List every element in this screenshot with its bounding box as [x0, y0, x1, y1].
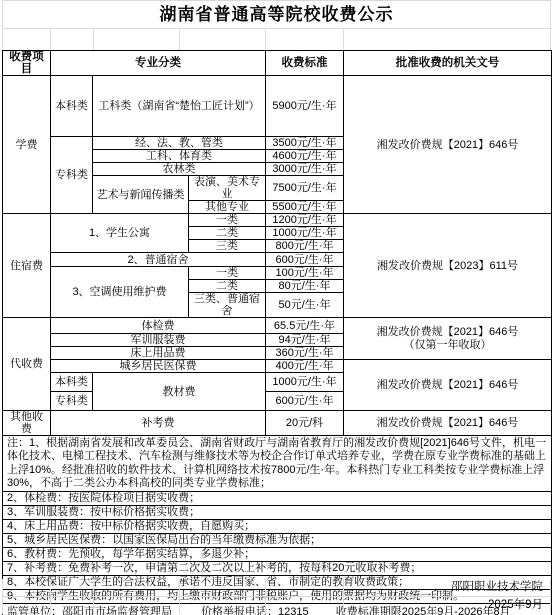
category-cell: 城乡居民医保费 — [51, 360, 266, 373]
price-cell: 360元/生·年 — [266, 347, 344, 360]
note-row: 注：1、根据湖南省发展和改革委员会、湖南省财政厅与湖南省教育厅的湘发改价费规[2… — [3, 436, 552, 492]
note-row: 5、城乡居民医保费：以国家医保局出台的当年缴费标准为依据； — [3, 533, 552, 547]
tier-cell: 二类 — [189, 280, 266, 293]
authority-cell: 湘发改价费规【2021】646号 — [344, 411, 552, 436]
col-header-category: 专业分类 — [51, 51, 266, 76]
table-row: 代收费 体检费 65.5元/生·年 湘发改价费规【2021】646号 （仅第一年… — [3, 318, 552, 334]
gridline — [50, 29, 51, 50]
school-name: 邵阳职业技术学院 — [451, 579, 550, 596]
col-header-item: 收费项目 — [3, 51, 51, 76]
category-cell: 补考费 — [51, 411, 266, 436]
table-row: 住宿费 1、学生公寓 一类 1200元/生·年 湘发改价费规【2023】611号 — [3, 214, 552, 227]
authority-cell: 湘发改价费规【2023】611号 — [344, 214, 552, 318]
fee-item-tuition: 学费 — [3, 76, 51, 214]
note-row: 2、体检费：按医院体检项目据实收费； — [3, 491, 552, 505]
tier-cell: 三类 — [189, 240, 266, 253]
category-cell: 工科、体育类 — [93, 150, 266, 163]
footer-date-row: 2025年9月 — [2, 597, 551, 614]
table-row: 城乡居民医保费 400元/生·年 湘发改价费规【2021】646号 — [3, 360, 552, 373]
fee-item-collection: 代收费 — [3, 318, 51, 411]
gridline — [50, 597, 51, 614]
col-header-standard: 收费标准 — [266, 51, 344, 76]
price-cell: 65.5元/生·年 — [266, 318, 344, 334]
price-cell: 4600元/生·年 — [266, 150, 344, 163]
price-cell: 50元/生·年 — [266, 293, 344, 318]
price-cell: 5900元/生·年 — [266, 76, 344, 137]
price-cell: 7500元/生·年 — [266, 176, 344, 201]
gridline — [265, 29, 266, 50]
note-4: 4、床上用品费：按中标价格据实收费，自愿购买； — [3, 519, 552, 533]
authority-cell: 湘发改价费规【2021】646号 — [344, 360, 552, 411]
fee-item-other: 其他收费 — [3, 411, 51, 436]
level-cell: 专科类 — [51, 392, 93, 411]
price-cell: 400元/生·年 — [266, 360, 344, 373]
level-cell: 专科类 — [51, 137, 93, 214]
page-title: 湖南省普通高等院校收费公示 — [2, 0, 551, 28]
note-6: 6、教材费：先预收，每学年据实结算，多退少补； — [3, 547, 552, 561]
price-cell: 100元/生·年 — [266, 267, 344, 280]
gridline — [179, 579, 180, 596]
category-cell: 教材费 — [93, 373, 266, 411]
level-cell: 本科类 — [51, 373, 93, 392]
price-cell: 1000元/生·年 — [266, 227, 344, 240]
subcategory-cell: 表演、美术专业 — [189, 176, 266, 201]
gridline — [179, 597, 180, 614]
gridline — [93, 579, 94, 596]
note-row: 4、床上用品费：按中标价格据实收费，自愿购买； — [3, 519, 552, 533]
level-cell: 本科类 — [51, 76, 93, 137]
authority-cell: 湘发改价费规【2021】646号 — [344, 76, 552, 214]
price-cell: 20元/科 — [266, 411, 344, 436]
tier-cell: 三类、普通宿舍 — [189, 293, 266, 318]
tier-cell: 一类 — [189, 214, 266, 227]
price-cell: 5500元/生·年 — [266, 201, 344, 214]
gridline — [265, 597, 266, 614]
authority-cell: 湘发改价费规【2021】646号 （仅第一年收取） — [344, 318, 552, 360]
note-3: 3、军训服装费：按中标价格据实收费； — [3, 505, 552, 519]
note-row: 7、补考费：免费补考一次，申请第二次及二次以上补考的，按每科20元收取补考费； — [3, 561, 552, 575]
category-cell: 体检费 — [51, 318, 266, 334]
table-header-row: 收费项目 专业分类 收费标准 批准收费的机关文号 — [3, 51, 552, 76]
price-cell: 3500元/生·年 — [266, 137, 344, 150]
gridline — [93, 29, 94, 50]
category-cell: 军训服装费 — [51, 334, 266, 347]
gridline — [343, 29, 344, 50]
price-cell: 600元/生·年 — [266, 392, 344, 411]
publish-date: 2025年9月 — [488, 597, 550, 614]
price-cell: 94元/生·年 — [266, 334, 344, 347]
fee-table: 收费项目 专业分类 收费标准 批准收费的机关文号 学费 本科类 工科类（湖南省“… — [2, 50, 552, 615]
category-cell: 农林类 — [93, 163, 266, 176]
note-row: 6、教材费：先预收，每学年据实结算，多退少补； — [3, 547, 552, 561]
col-header-authority: 批准收费的机关文号 — [344, 51, 552, 76]
price-cell: 800元/生·年 — [266, 240, 344, 253]
gridline — [179, 29, 180, 50]
category-cell: 2、普通宿舍 — [51, 253, 266, 267]
category-cell: 艺术与新闻传播类 — [93, 176, 189, 214]
authority-text: 湘发改价费规【2021】646号 — [346, 326, 549, 339]
note-7: 7、补考费：免费补考一次，申请第二次及二次以上补考的，按每科20元收取补考费； — [3, 561, 552, 575]
category-cell: 工科类（湖南省“楚怡工匠计划”） — [93, 76, 266, 137]
category-cell: 1、学生公寓 — [51, 214, 189, 253]
note-5: 5、城乡居民医保费：以国家医保局出台的当年缴费标准为依据； — [3, 533, 552, 547]
price-cell: 3000元/生·年 — [266, 163, 344, 176]
category-cell: 经、法、教、管类 — [93, 137, 266, 150]
table-row: 其他收费 补考费 20元/科 湘发改价费规【2021】646号 — [3, 411, 552, 436]
note-1: 注：1、根据湖南省发展和改革委员会、湖南省财政厅与湖南省教育厅的湘发改价费规[2… — [3, 436, 552, 492]
tier-cell: 二类 — [189, 227, 266, 240]
fee-notice-sheet: 湖南省普通高等院校收费公示 收费项目 专业分类 收费标准 批准收费的机关文号 学… — [0, 0, 554, 615]
price-cell: 1200元/生·年 — [266, 214, 344, 227]
subcategory-cell: 其他专业 — [189, 201, 266, 214]
category-cell: 床上用品费 — [51, 347, 266, 360]
tier-cell: 一类 — [189, 267, 266, 280]
gridline — [93, 597, 94, 614]
gridline — [343, 579, 344, 596]
price-cell: 1000元/生·年 — [266, 373, 344, 392]
price-cell: 80元/生·年 — [266, 280, 344, 293]
fee-item-accommodation: 住宿费 — [3, 214, 51, 318]
note-row: 3、军训服装费：按中标价格据实收费； — [3, 505, 552, 519]
note-2: 2、体检费：按医院体检项目据实收费； — [3, 491, 552, 505]
table-row: 学费 本科类 工科类（湖南省“楚怡工匠计划”） 5900元/生·年 湘发改价费规… — [3, 76, 552, 137]
price-cell: 600元/生·年 — [266, 253, 344, 267]
spacer-row — [2, 28, 551, 50]
category-cell: 3、空调使用维护费 — [51, 267, 189, 318]
gridline — [265, 579, 266, 596]
gridline — [50, 579, 51, 596]
authority-note: （仅第一年收取） — [346, 339, 549, 352]
footer-school-row: 邵阳职业技术学院 — [2, 579, 551, 597]
gridline — [343, 597, 344, 614]
